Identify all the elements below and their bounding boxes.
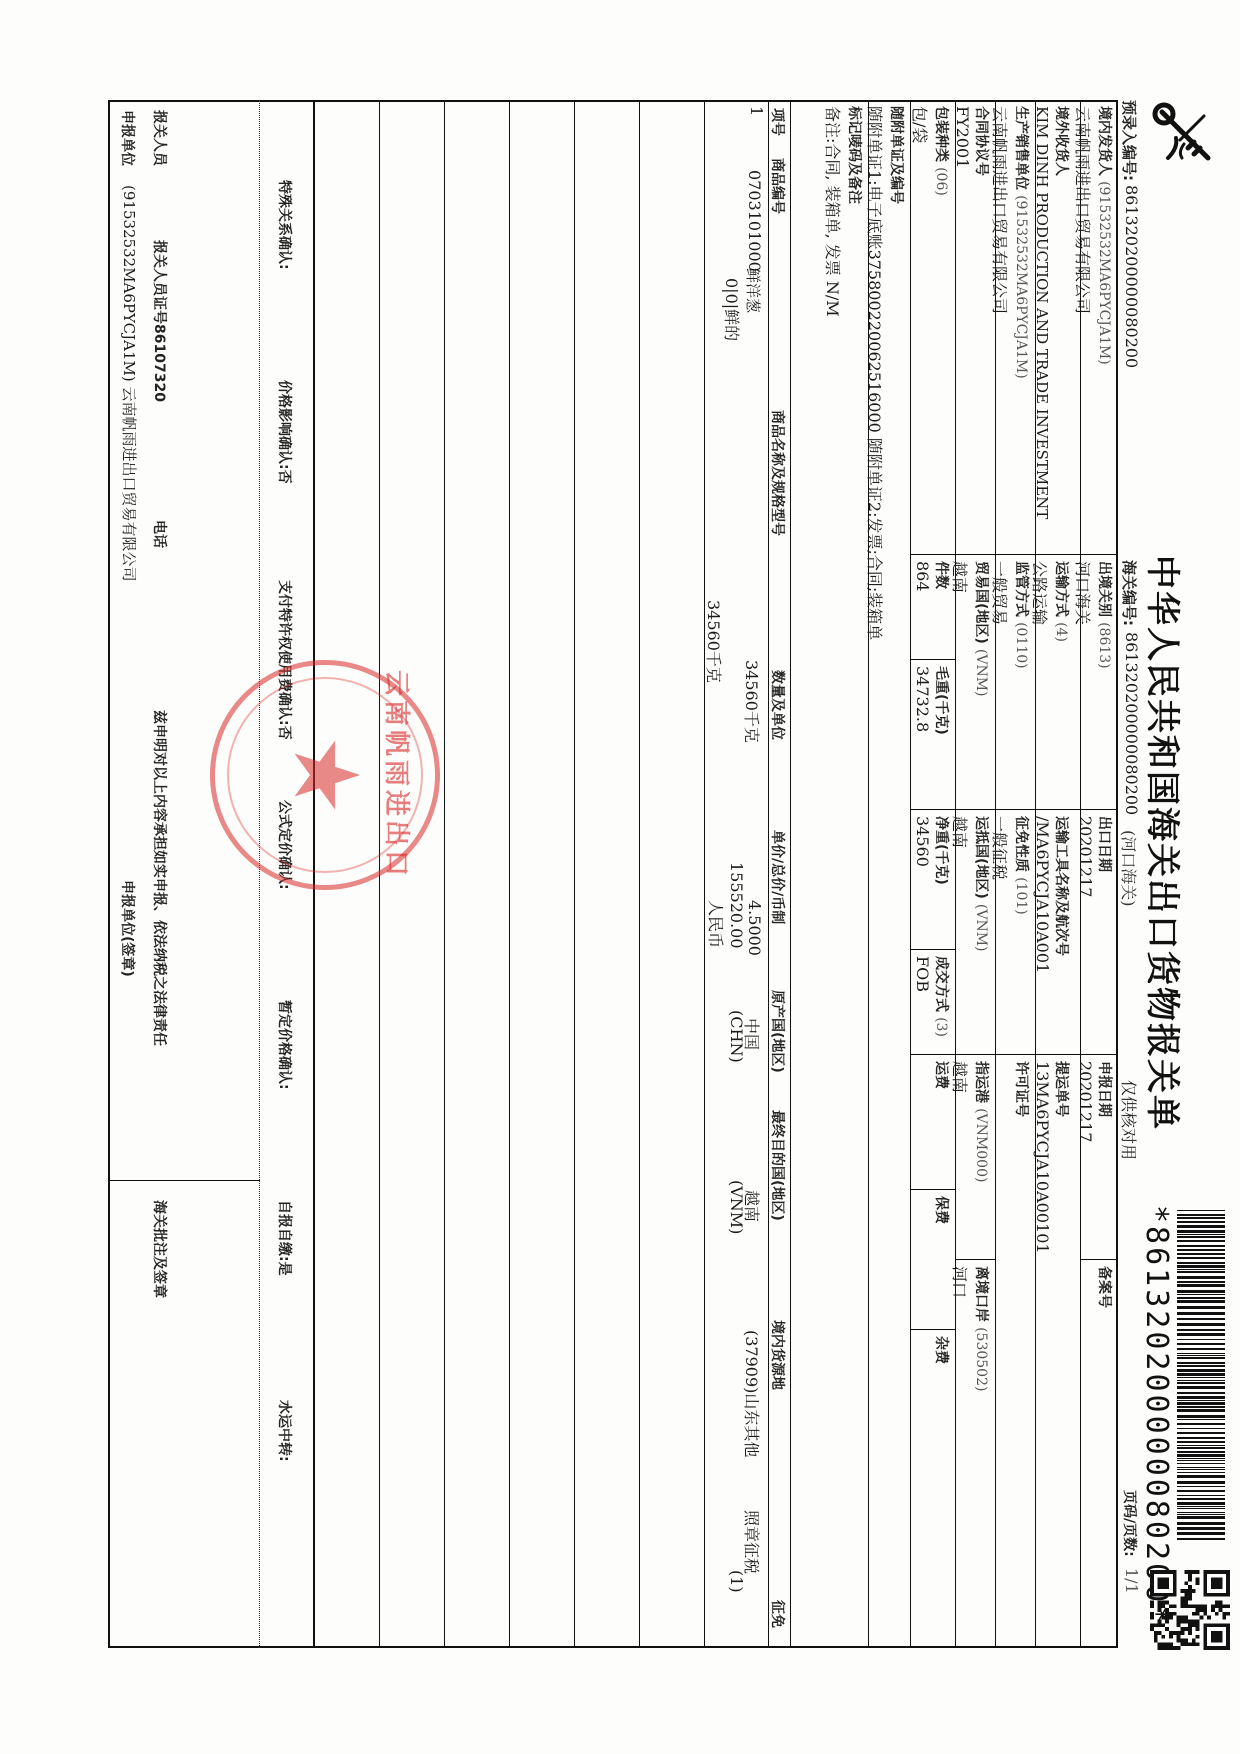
field-levy-nature: 征免性质 (101) 一般征税 xyxy=(995,810,1035,1055)
field-declare-date: 申报日期 20201217 xyxy=(1080,1055,1118,1260)
goods-row-divider xyxy=(509,100,510,1648)
declarant-cert: 报关人员证号86107320 xyxy=(150,240,170,402)
field-transport-name: 运输工具名称及航次号 /MA6PYCJA10A001 xyxy=(1035,810,1080,1055)
customs-key-emblem-icon xyxy=(1150,100,1220,170)
field-marks-remarks: 标记唛码及备注 备注:合同, 装箱单, 发票 N/M xyxy=(790,100,868,1648)
barcode-icon xyxy=(1177,1210,1225,1540)
price-influence-confirm: 价格影响确认:否 xyxy=(275,380,295,484)
page-number-label: 页码/页数: xyxy=(1120,1490,1140,1557)
goods-table-header: 项号 商品编号 商品名称及规格型号 数量及单位 单价/总价/币制 原产国(地区)… xyxy=(768,100,790,1648)
confirm-divider xyxy=(259,100,260,1648)
provisional-price-confirm: 暂定价格确认: xyxy=(275,1000,295,1090)
page-title: 中华人民共和国海关出口货物报关单 xyxy=(1141,555,1190,1131)
declaring-unit-label: 申报单位 xyxy=(118,110,138,166)
field-contract-no: 合同协议号 FY2001 xyxy=(955,100,995,555)
goods-row-divider xyxy=(639,100,640,1648)
field-license-no: 许可证号 xyxy=(995,1055,1035,1648)
field-export-date: 出口日期 20201217 xyxy=(1080,810,1118,1055)
field-net-weight: 净重(千克) 34560 xyxy=(910,810,955,950)
qr-code-icon xyxy=(1150,1570,1230,1650)
field-insurance: 保费 xyxy=(910,1190,955,1330)
field-dest-port: 指运港 (VNM000) 越南 xyxy=(955,1055,995,1260)
water-transit-confirm: 水运中转: xyxy=(275,1400,295,1462)
field-dest-country: 运抵国(地区) (VNM) 越南 xyxy=(955,810,995,1055)
preentry-label: 预录入编号: xyxy=(1119,100,1140,181)
company-seal-stamp: 云南帆雨进出口 ★ xyxy=(210,660,440,890)
field-bill-no: 提运单号 13MA6PYCJA10A00101 xyxy=(1035,1055,1080,1648)
self-report-confirm: 自报自缴:是 xyxy=(275,1200,295,1276)
field-producer: 生产销售单位 (91532532MA6PYCJA1M) 云南帆雨进出口贸易有限公… xyxy=(995,100,1035,555)
footer-divider xyxy=(108,1180,260,1181)
field-exit-port: 离境口岸 (530502) 河口 xyxy=(955,1260,995,1648)
field-trade-country: 贸易国(地区) (VNM) 越南 xyxy=(955,555,995,810)
declaring-unit-sign: 申报单位(签章) xyxy=(118,880,138,977)
field-exit-customs: 出境关别 (8613) 河口海关 xyxy=(1080,555,1118,810)
customs-declaration-page: 预录入编号: 861320200000080200 中华人民共和国海关出口货物报… xyxy=(0,0,1240,1754)
field-freight: 运费 xyxy=(910,1055,955,1190)
field-misc-fee: 杂费 xyxy=(910,1330,955,1648)
field-domestic-shipper: 境内发货人 (91532532MA6PYCJA1M) 云南帆雨进出口贸易有限公司 xyxy=(1080,100,1118,555)
star-icon: ★ xyxy=(280,735,370,816)
goods-row-divider xyxy=(574,100,575,1648)
field-attached-docs: 随附单证及编号 随附单证1:电子底账375800220062516000 随附单… xyxy=(868,100,910,1648)
field-gross-weight: 毛重(千克) 34732.8 xyxy=(910,660,955,810)
customs-no-label: 海关编号: xyxy=(1119,560,1140,626)
field-package-type: 包装种类 (06) 包/袋 xyxy=(910,100,955,555)
customs-number: 861320200000080200 xyxy=(1122,632,1141,815)
field-pieces: 件数 864 xyxy=(910,555,955,660)
field-overseas-consignee: 境外收货人 KIM DINH PRODUCTION AND TRADE INVE… xyxy=(1035,100,1080,555)
barcode-text: *861320200000080200* xyxy=(1139,1205,1174,1626)
declaration-statement: 兹申明对以上内容承担如实申报、依法纳税之法律责任 xyxy=(150,710,170,1046)
verify-only-notice: 仅供核对用 xyxy=(1118,1080,1141,1160)
field-deal-mode: 成交方式 (3) FOB xyxy=(910,950,955,1055)
field-record-no: 备案号 xyxy=(1080,1260,1118,1648)
special-relation-confirm: 特殊关系确认: xyxy=(275,180,295,270)
field-supervision-mode: 监管方式 (0110) 一般贸易 xyxy=(995,555,1035,810)
goods-table-row: 1 0703101000 鲜洋葱 0|0|鲜的 34560千克 34560千克 … xyxy=(704,100,768,1648)
customs-approval: 海关批注及签章 xyxy=(150,1200,170,1298)
declarant-label: 报关人员 xyxy=(150,110,170,166)
field-transport-mode: 运输方式 (4) 公路运输 xyxy=(1035,555,1080,810)
phone-label: 电话 xyxy=(150,520,170,548)
declaring-unit: (91532532MA6PYCJA1M) 云南帆雨进出口贸易有限公司 xyxy=(119,185,140,582)
customs-office: (河口海关) xyxy=(1118,830,1141,907)
goods-row-divider xyxy=(444,100,445,1648)
preentry-number: 861320200000080200 xyxy=(1122,185,1141,368)
